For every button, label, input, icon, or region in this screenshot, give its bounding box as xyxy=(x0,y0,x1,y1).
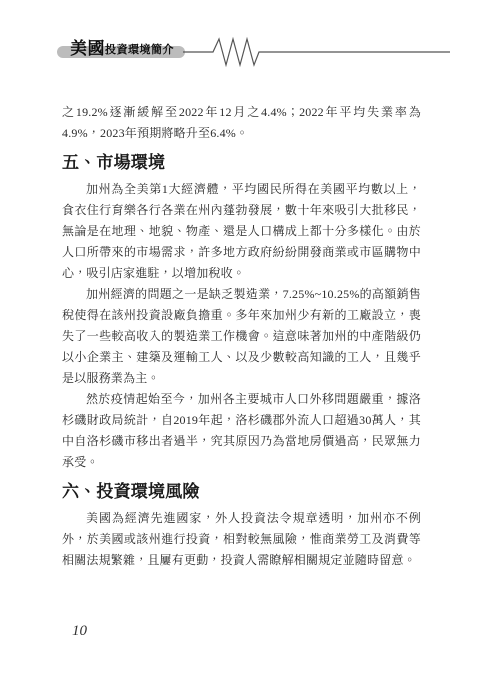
pulse-zigzag-icon xyxy=(183,35,450,69)
header-title-main: 美國 xyxy=(70,39,105,58)
paragraph: 美國為經濟先進國家，外人投資法令規章透明，加州亦不例外，於美國或該州進行投資，相… xyxy=(62,508,421,571)
paragraph: 加州為全美第1大經濟體，平均國民所得在美國平均數以上，食衣住行育樂各行各業在州內… xyxy=(62,179,421,284)
document-body: 之19.2%逐漸緩解至2022年12月之4.4%；2022年平均失業率為4.9%… xyxy=(62,102,421,571)
paragraph: 加州經濟的問題之一是缺乏製造業，7.25%~10.25%的高額銷售稅使得在該州投… xyxy=(62,284,421,389)
section-heading-investment-risk: 六、投資環境風險 xyxy=(62,480,421,504)
section-heading-market-environment: 五、市場環境 xyxy=(62,151,421,175)
running-header: 美國投資環境簡介 xyxy=(0,0,480,72)
paragraph: 然於疫情起始至今，加州各主要城市人口外移問題嚴重，據洛杉磯財政局統計，自2019… xyxy=(62,389,421,473)
page-number: 10 xyxy=(72,623,87,640)
document-page: 美國投資環境簡介 之19.2%逐漸緩解至2022年12月之4.4%；2022年平… xyxy=(0,0,480,679)
paragraph: 之19.2%逐漸緩解至2022年12月之4.4%；2022年平均失業率為4.9%… xyxy=(62,102,421,144)
header-title: 美國投資環境簡介 xyxy=(70,38,174,58)
header-title-sub: 投資環境簡介 xyxy=(105,43,174,58)
